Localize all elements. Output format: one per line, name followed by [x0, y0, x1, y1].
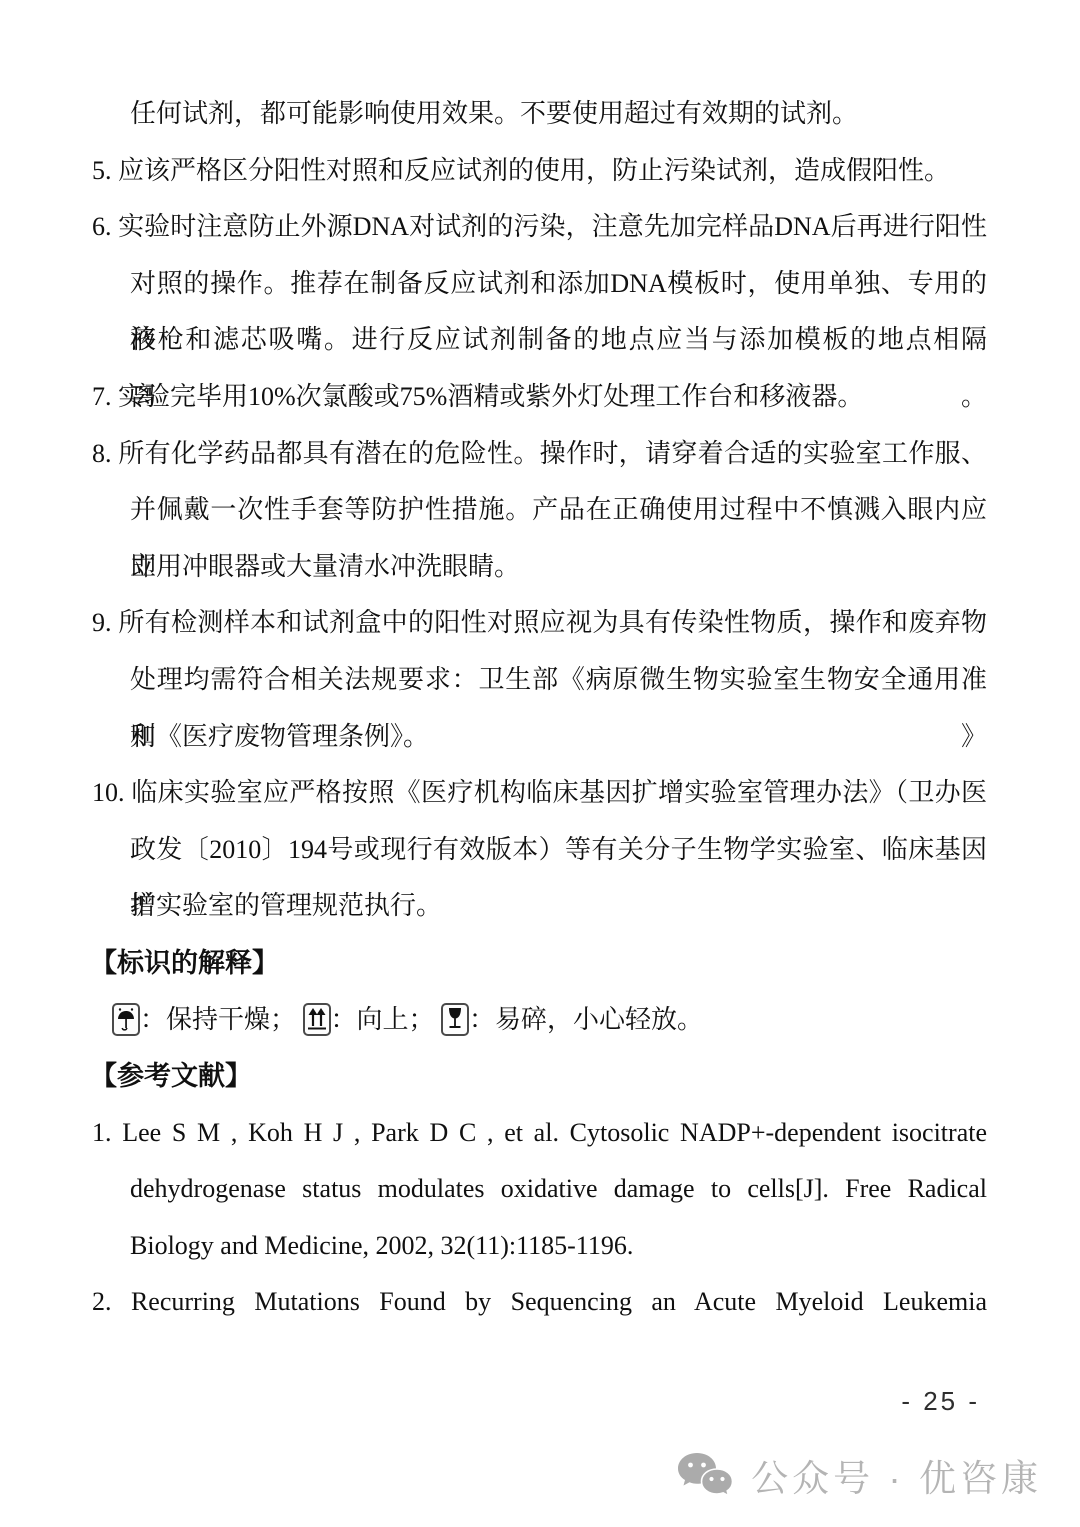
text-line: 增实验室的管理规范执行。	[90, 878, 987, 935]
watermark-text: 公众号 · 优咨康	[751, 1448, 1042, 1502]
keep-dry-icon	[112, 1003, 140, 1036]
text-line: 任何试剂，都可能影响使用效果。不要使用超过有效期的试剂。	[90, 86, 987, 143]
text-line: 即用冲眼器或大量清水冲洗眼睛。	[90, 539, 987, 596]
wechat-icon	[675, 1450, 735, 1500]
symbols-line: ：保持干燥； ：向上；	[90, 992, 987, 1049]
symbol-item: ：易碎，小心轻放。	[441, 1005, 703, 1034]
text-line: 并佩戴一次性手套等防护性措施。产品在正确使用过程中不慎溅入眼内应立	[90, 482, 987, 539]
this-way-up-icon	[303, 1003, 331, 1036]
text-line: 7. 实验完毕用10%次氯酸或75%酒精或紫外灯处理工作台和移液器。	[90, 369, 987, 426]
reference-line: dehydrogenase status modulates oxidative…	[90, 1161, 987, 1218]
reference-line: 2. Recurring Mutations Found by Sequenci…	[90, 1274, 987, 1331]
text-line: 5. 应该严格区分阳性对照和反应试剂的使用，防止污染试剂，造成假阳性。	[90, 143, 987, 200]
reference-line: 1. Lee S M , Koh H J , Park D C , et al.…	[90, 1105, 987, 1162]
symbol-item: ：保持干燥；	[112, 1005, 303, 1034]
symbol-label: ：向上；	[331, 1005, 435, 1034]
text-line: 政发〔2010〕194号或现行有效版本）等有关分子生物学实验室、临床基因扩	[90, 822, 987, 879]
symbol-label: ：易碎，小心轻放。	[469, 1005, 703, 1034]
text-line: 9. 所有检测样本和试剂盒中的阳性对照应视为具有传染性物质，操作和废弃物	[90, 595, 987, 652]
symbol-item: ：向上；	[303, 1005, 442, 1034]
text-line: 处理均需符合相关法规要求：卫生部《病原微生物实验室生物安全通用准则》	[90, 652, 987, 709]
text-line: 液枪和滤芯吸嘴。进行反应试剂制备的地点应当与添加模板的地点相隔离。	[90, 312, 987, 369]
reference-line: Biology and Medicine, 2002, 32(11):1185-…	[90, 1218, 987, 1275]
symbol-label: ：保持干燥；	[140, 1005, 296, 1034]
text-line: 6. 实验时注意防止外源DNA对试剂的污染，注意先加完样品DNA后再进行阳性	[90, 199, 987, 256]
document-page: 任何试剂，都可能影响使用效果。不要使用超过有效期的试剂。 5. 应该严格区分阳性…	[0, 0, 1080, 1527]
page-number: - 25 -	[901, 1381, 980, 1421]
watermark: 公众号 · 优咨康	[675, 1448, 1042, 1502]
text-line: 8. 所有化学药品都具有潜在的危险性。操作时，请穿着合适的实验室工作服、	[90, 426, 987, 483]
text-line: 10. 临床实验室应严格按照《医疗机构临床基因扩增实验室管理办法》（卫办医	[90, 765, 987, 822]
fragile-icon	[441, 1003, 469, 1036]
section-heading-symbols: 【标识的解释】	[90, 935, 987, 992]
section-heading-references: 【参考文献】	[90, 1048, 987, 1105]
text-line: 对照的操作。推荐在制备反应试剂和添加DNA模板时，使用单独、专用的移	[90, 256, 987, 313]
document-body: 任何试剂，都可能影响使用效果。不要使用超过有效期的试剂。 5. 应该严格区分阳性…	[90, 86, 987, 1331]
